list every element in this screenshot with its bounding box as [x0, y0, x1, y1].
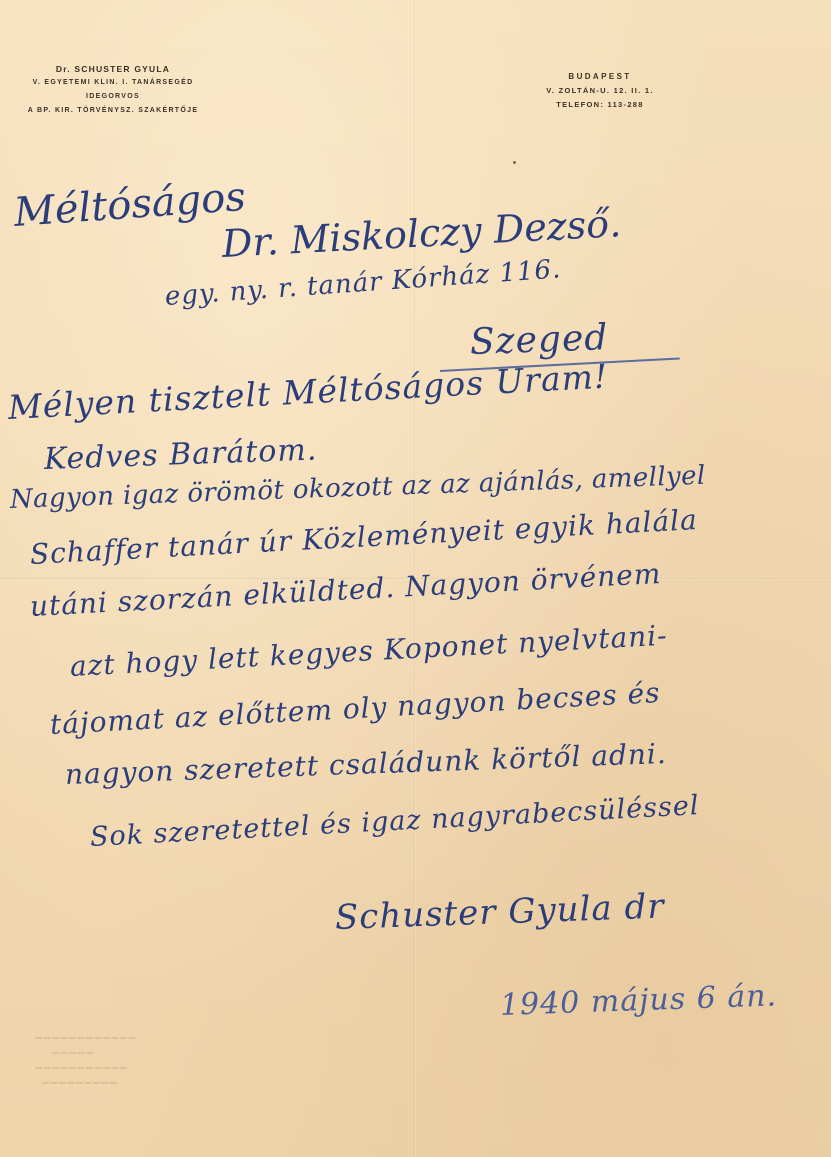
sender-name: Dr. SCHUSTER GYULA — [18, 62, 208, 76]
recipient-city: Szeged — [469, 317, 609, 363]
sender-credential: A BP. KIR. TÖRVÉNYSZ. SZAKÉRTŐJE — [18, 104, 208, 118]
sender-profession: IDEGORVOS — [18, 90, 208, 104]
bleed-through-text: ▬▬▬▬▬▬▬▬▬▬▬▬ ▬▬▬▬▬ ▬▬▬▬▬▬▬▬▬▬▬ ▬▬▬▬▬▬▬▬▬ — [35, 1030, 137, 1090]
sender-city: BUDAPEST — [540, 70, 660, 84]
sender-position: V. EGYETEMI KLIN. I. TANÁRSEGÉD — [18, 76, 208, 90]
sender-phone: TELEFON: 113-288 — [540, 98, 660, 112]
sender-address: V. ZOLTÁN-U. 12. II. 1. — [540, 84, 660, 98]
ink-speck — [513, 161, 516, 164]
letterhead-right: BUDAPEST V. ZOLTÁN-U. 12. II. 1. TELEFON… — [540, 70, 660, 112]
letterhead-left: Dr. SCHUSTER GYULA V. EGYETEMI KLIN. I. … — [18, 62, 208, 118]
